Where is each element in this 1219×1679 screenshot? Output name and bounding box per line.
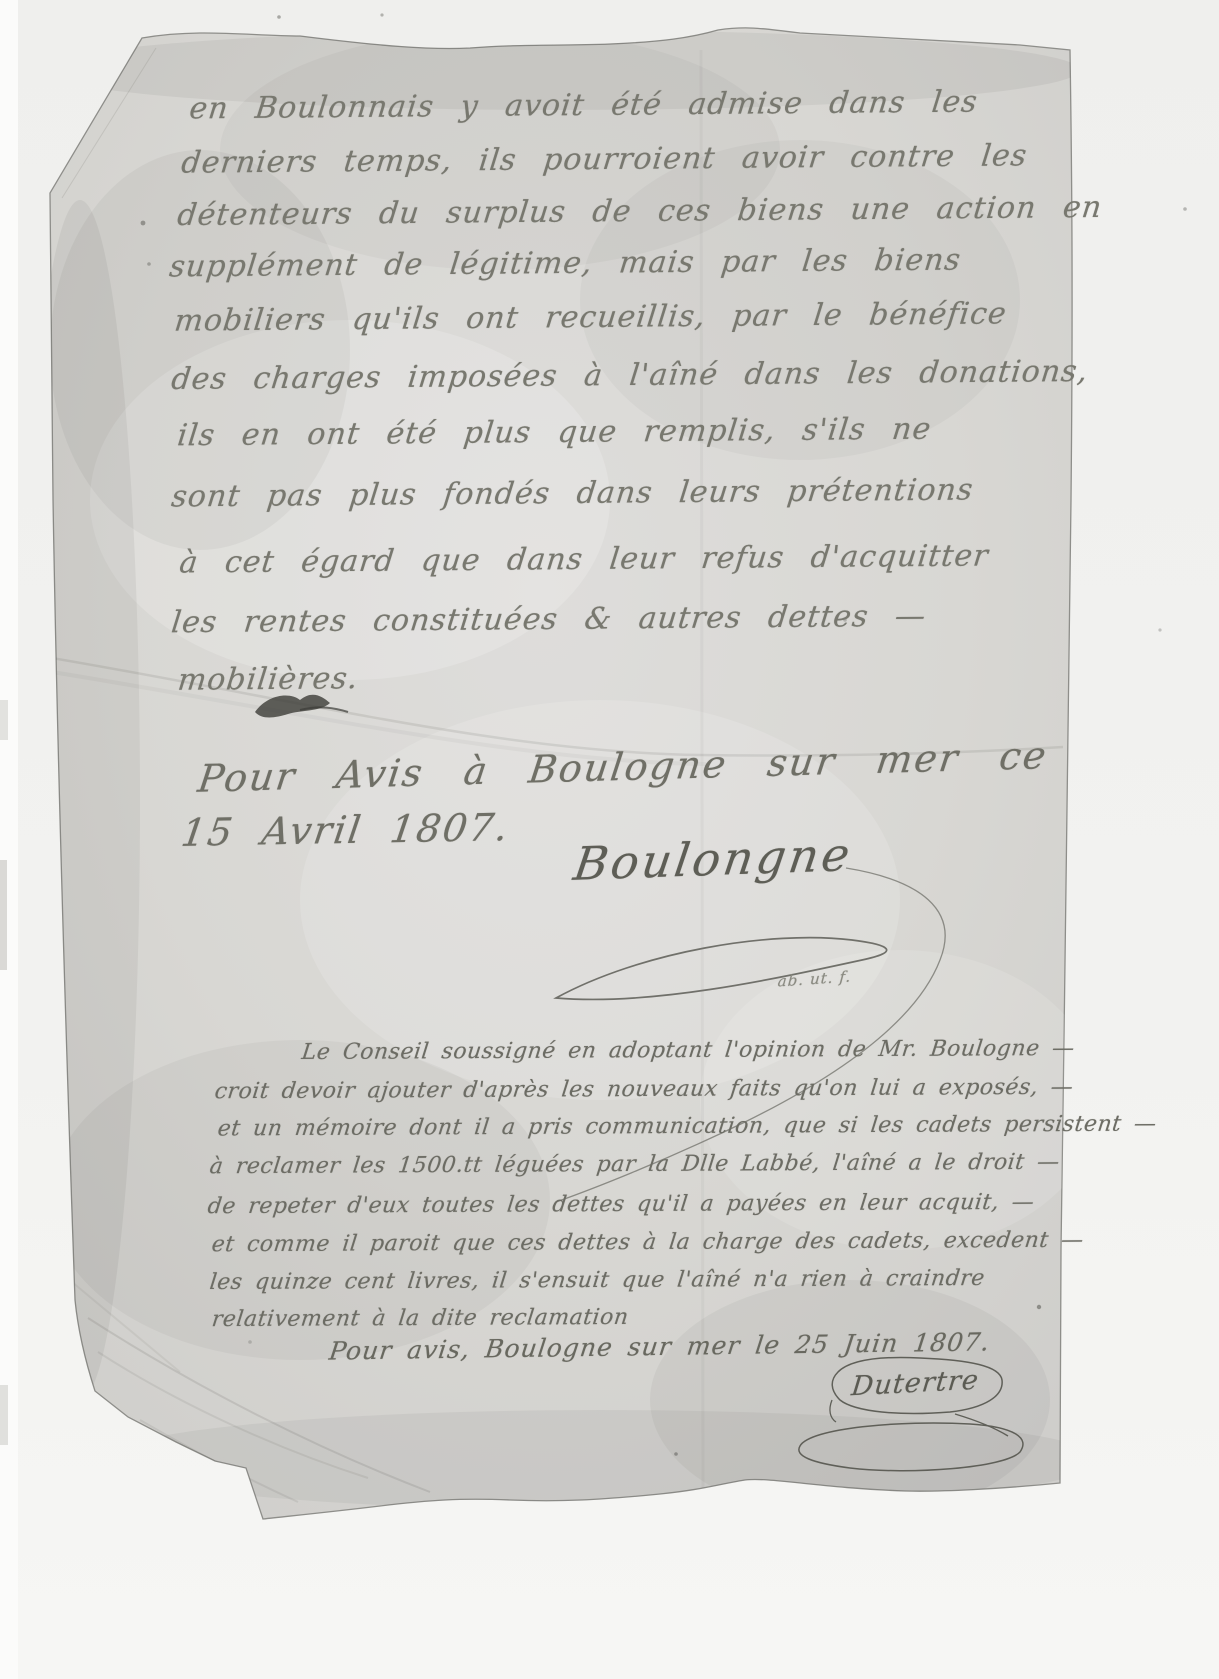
ink-speck xyxy=(1037,1305,1041,1309)
manuscript-line: et un mémoire dont il a pris communicati… xyxy=(216,1112,1158,1142)
boulogne-signature: Boulongne xyxy=(570,827,856,891)
ink-speck xyxy=(141,221,146,226)
scanner-shadow xyxy=(0,1385,8,1445)
scanner-shadow xyxy=(0,860,7,970)
manuscript-line: supplément de légitime, mais par les bie… xyxy=(168,243,963,285)
manuscript-line: de repeter d'eux toutes les dettes qu'il… xyxy=(206,1190,1036,1219)
manuscript-line: sont pas plus fondés dans leurs prétenti… xyxy=(170,473,976,515)
manuscript-line: à cet égard que dans leur refus d'acquit… xyxy=(178,538,991,580)
scanned-document-page: en Boulonnais y avoit été admise dans le… xyxy=(0,0,1219,1679)
scanner-shadow xyxy=(0,700,8,740)
ink-speck xyxy=(674,1452,678,1456)
dust-speck xyxy=(1158,628,1161,631)
manuscript-line: mobiliers qu'ils ont recueillis, par le … xyxy=(173,296,1009,338)
manuscript-line: mobilières. xyxy=(176,661,360,698)
dust-speck xyxy=(277,15,281,19)
closing-date-line: 15 Avril 1807. xyxy=(178,805,512,855)
manuscript-line: derniers temps, ils pourroient avoir con… xyxy=(180,138,1030,180)
manuscript-line: croit devoir ajouter d'après les nouveau… xyxy=(213,1075,1074,1104)
dust-speck xyxy=(1183,207,1187,211)
manuscript-line: relativement à la dite reclamation xyxy=(210,1305,630,1332)
manuscript-line: Le Conseil soussigné en adoptant l'opini… xyxy=(300,1036,1076,1065)
manuscript-line: en Boulonnais y avoit été admise dans le… xyxy=(188,85,980,127)
ink-speck xyxy=(248,1340,252,1344)
manuscript-line: à reclamer les 1500.tt léguées par la Dl… xyxy=(208,1150,1061,1179)
ink-speck xyxy=(147,262,151,266)
manuscript-line: les quinze cent livres, il s'ensuit que … xyxy=(208,1266,986,1295)
dust-speck xyxy=(380,13,383,16)
manuscript-line: et comme il paroit que ces dettes à la c… xyxy=(210,1228,1085,1258)
manuscript-line: ils en ont été plus que remplis, s'ils n… xyxy=(176,412,934,454)
manuscript-line: les rentes constituées & autres dettes — xyxy=(170,599,929,641)
